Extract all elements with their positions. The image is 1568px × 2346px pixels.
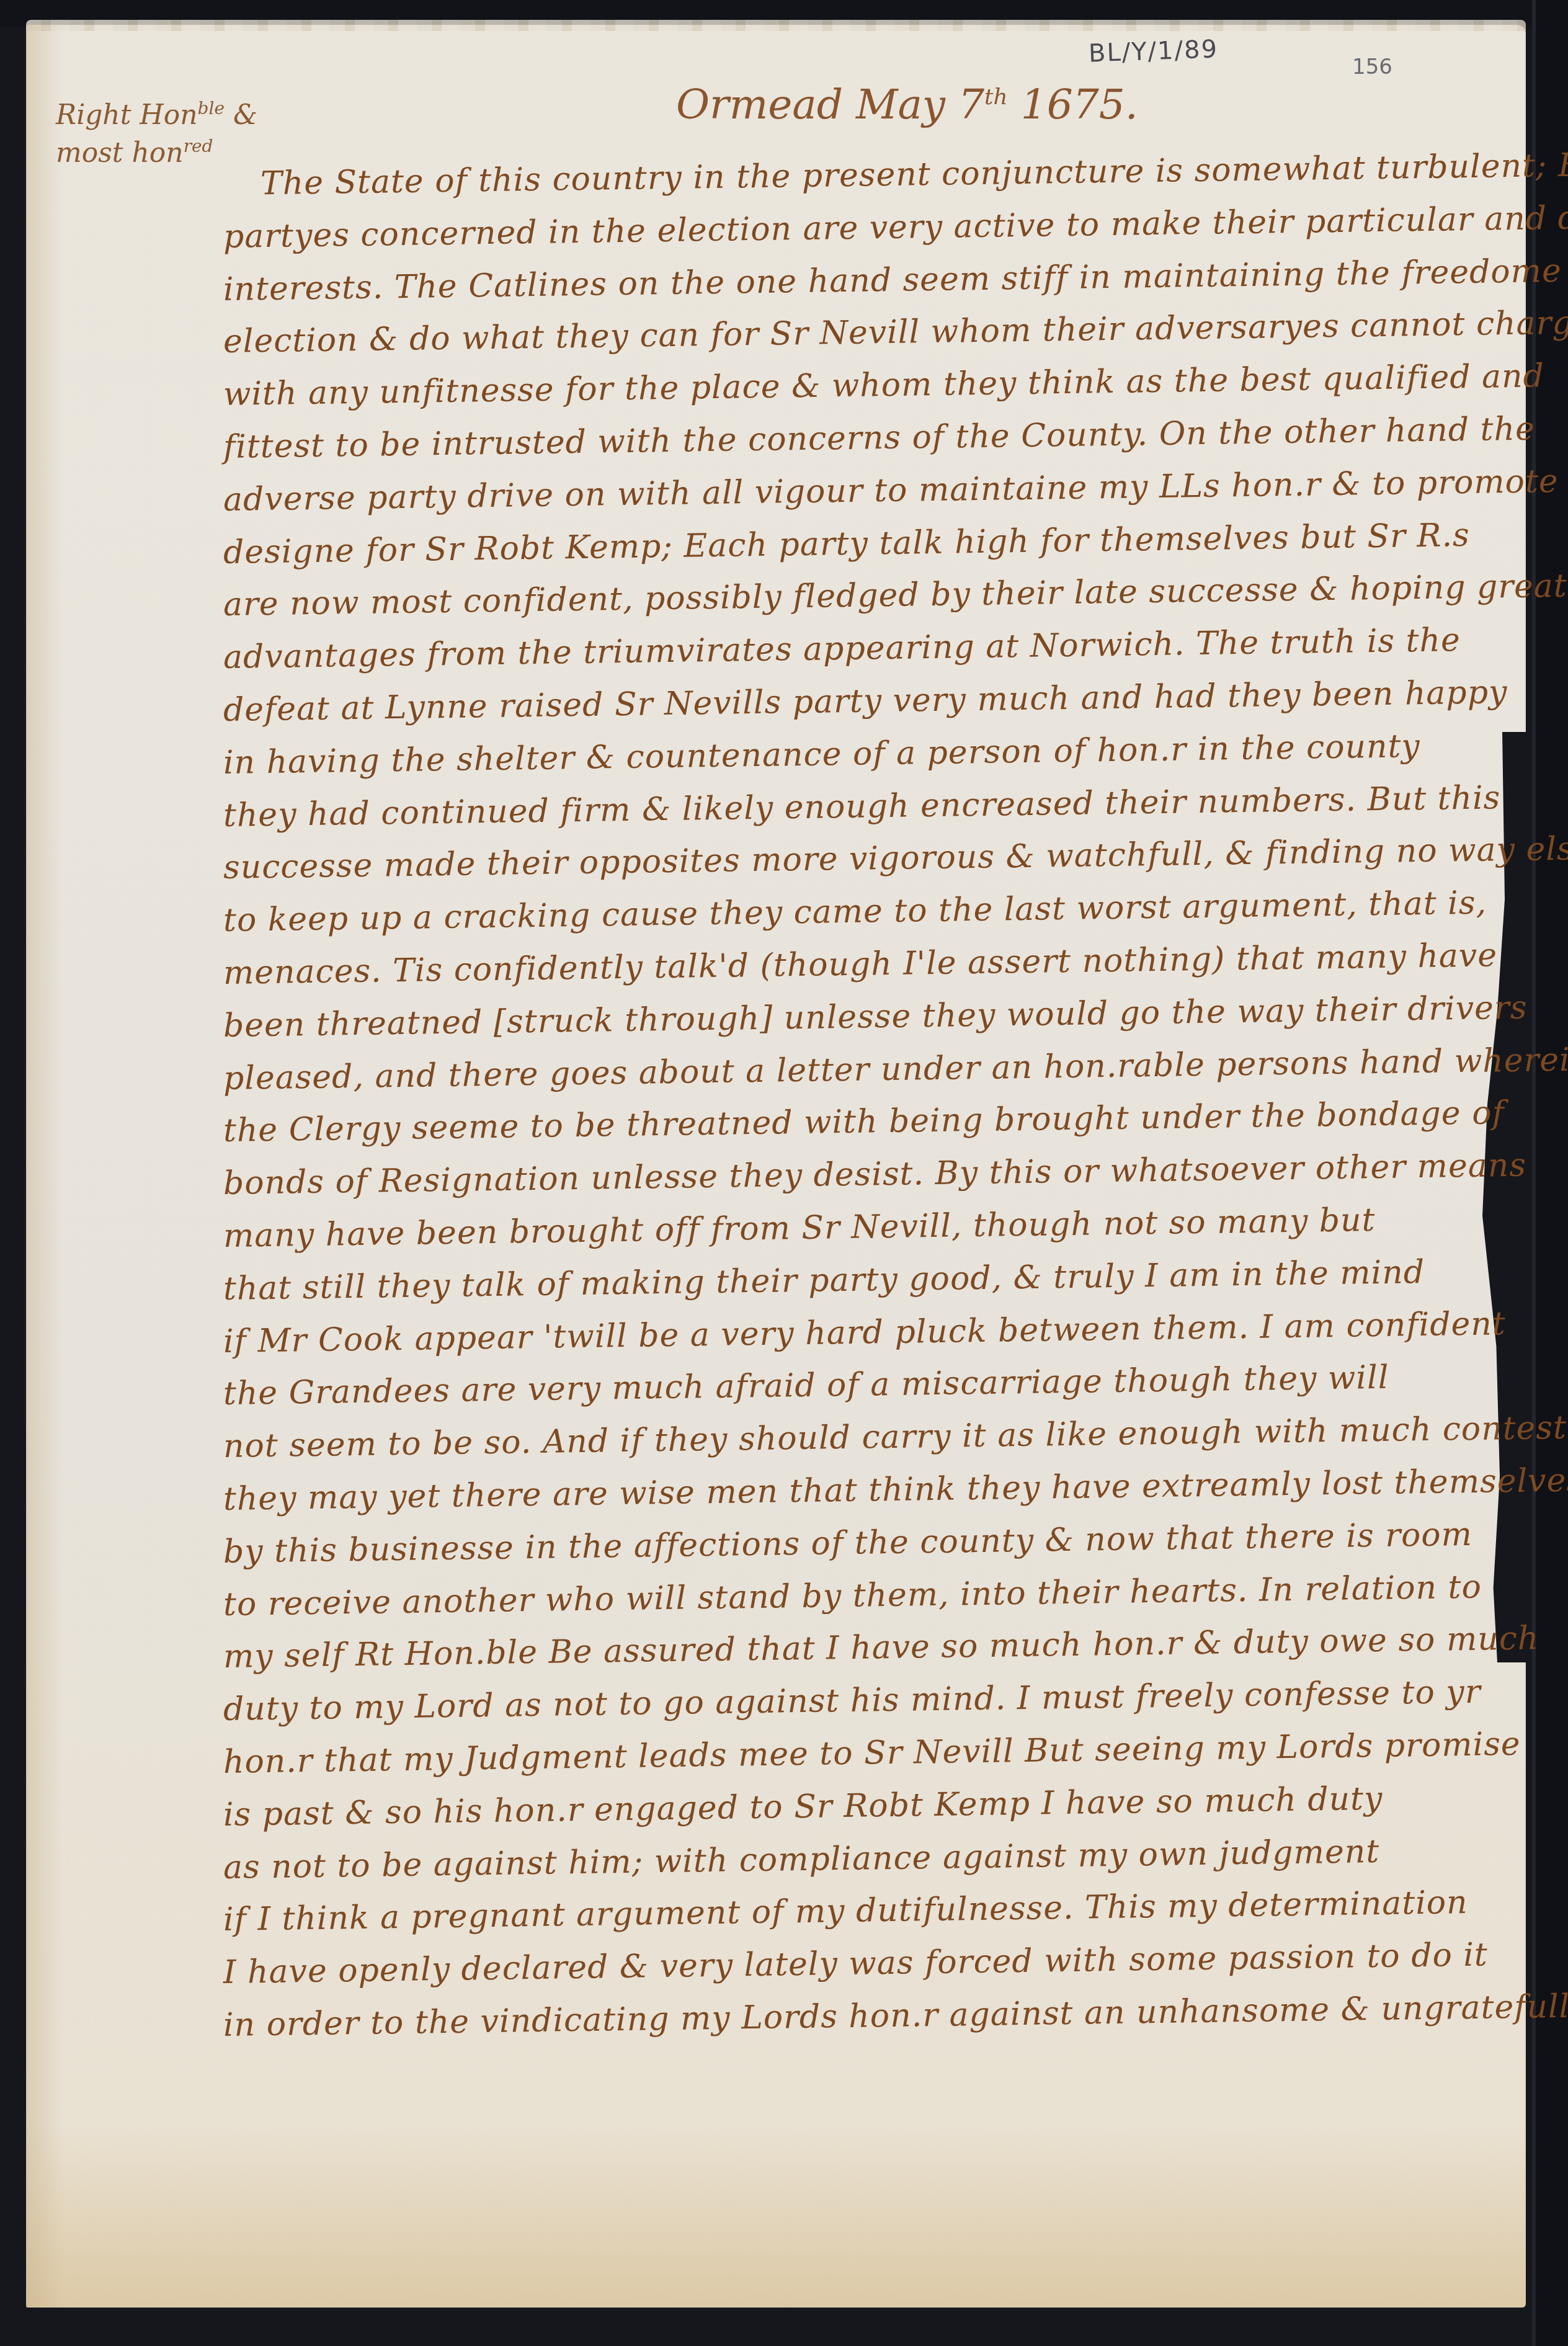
dateline-place: Ormead	[676, 81, 843, 128]
salutation-line-1: Right Honble &	[56, 93, 257, 131]
salutation-superscript: ble	[198, 98, 225, 118]
folio-number: 156	[1352, 55, 1392, 79]
dateline-year: 1675.	[1021, 81, 1138, 128]
archive-shelfmark: BL/Y/1/89	[1088, 35, 1218, 68]
dateline-date: May 7	[856, 81, 984, 128]
salutation-text: Right Hon	[56, 99, 198, 131]
letter-body: The State of this country in the present…	[223, 158, 1501, 2052]
dateline: Ormead May 7th 1675.	[676, 81, 1138, 128]
salutation-text: most hon	[56, 136, 184, 168]
dateline-date-suffix: th	[984, 84, 1008, 110]
salutation: Right Honble & most honred	[56, 93, 257, 168]
salutation-ampersand: &	[233, 99, 257, 131]
letter-line-text: been threatned [struck through] unlesse …	[223, 989, 1528, 1044]
salutation-superscript: red	[184, 136, 213, 156]
